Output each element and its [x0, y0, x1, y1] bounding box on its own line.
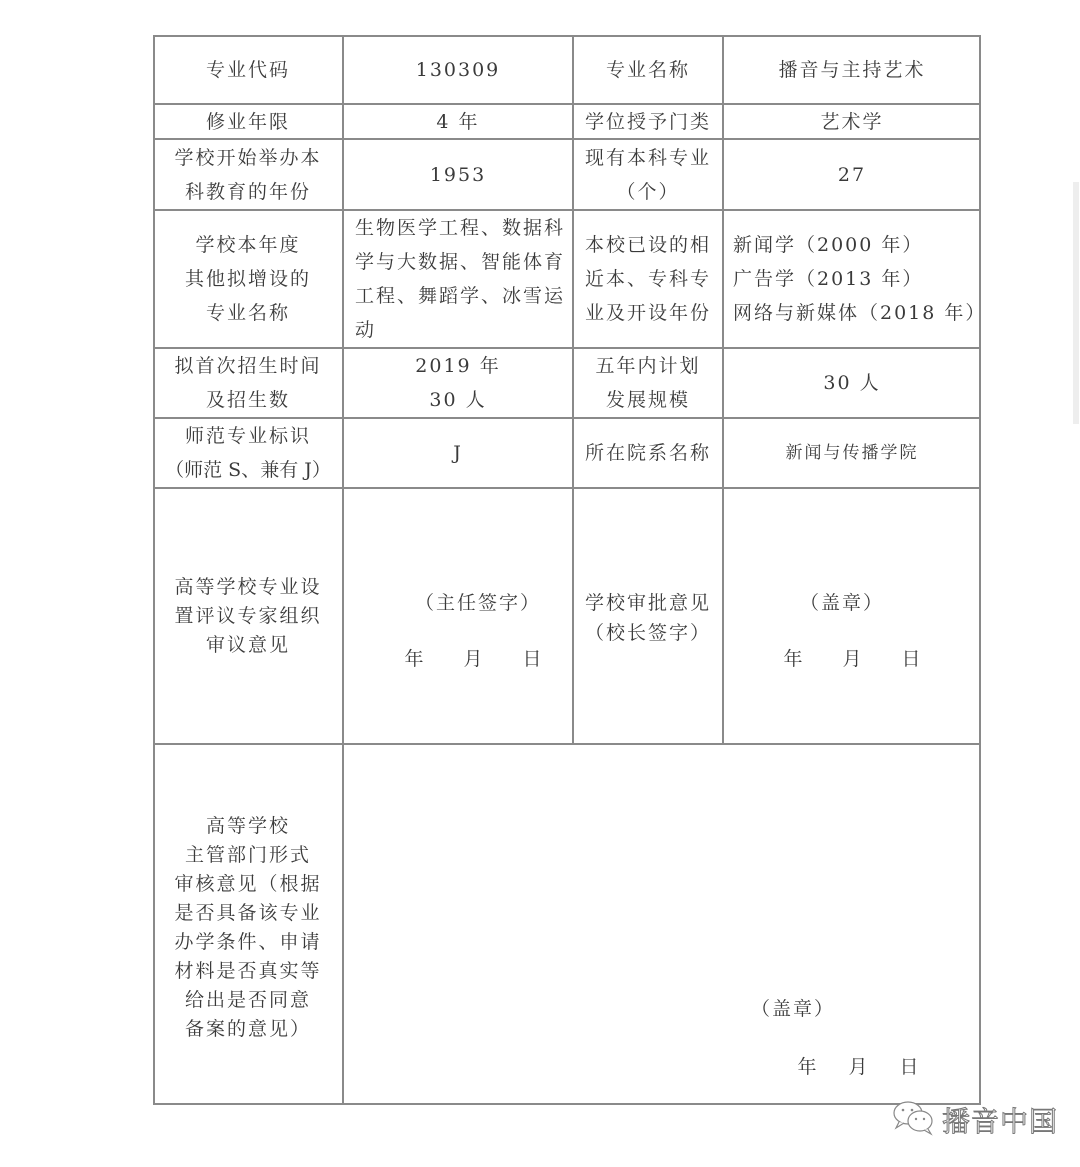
other-new-majors-value: 生物医学工程、数据科 学与大数据、智能体育 工程、舞蹈学、冰雪运 动 [343, 210, 573, 348]
date-line: 年 月 日 [343, 644, 573, 674]
first-enrollment-value: 2019 年 30 人 [343, 348, 573, 418]
undergrad-start-year-label: 学校开始举办本 科教育的年份 [153, 139, 343, 210]
day-label: 日 [523, 642, 542, 676]
label-line: 材料是否真实等 [174, 957, 321, 986]
label-line: 高等学校专业设 [174, 573, 321, 602]
director-signature-label: （主任签字） [343, 588, 573, 618]
department-value: 新闻与传播学院 [723, 418, 981, 488]
teacher-training-flag-label: 师范专业标识 （师范 S、兼有 J） [153, 418, 343, 488]
month-label: 月 [842, 642, 861, 676]
label-line: 业及开设年份 [585, 296, 711, 330]
watermark: 播音中国 [892, 1100, 1058, 1140]
label-line: 置评议专家组织 [174, 602, 321, 631]
label-line: 审核意见（根据 [174, 870, 321, 899]
department-label: 所在院系名称 [573, 418, 723, 488]
teacher-training-flag-value: J [343, 418, 573, 488]
label-line: 科教育的年份 [185, 175, 311, 209]
label-line: 现有本科专业 [585, 141, 711, 175]
label-line: 学校本年度 [195, 228, 300, 262]
month-label: 月 [848, 1050, 867, 1084]
wechat-icon [892, 1100, 936, 1140]
label-line: 学校审批意见 [585, 588, 711, 618]
year-label: 年 [783, 642, 802, 676]
date-line: 年 月 日 [783, 1052, 933, 1082]
label-line: 及招生数 [206, 383, 290, 417]
value-line: 30 人 [429, 383, 486, 417]
existing-majors-value: 27 [723, 139, 981, 210]
label-line: 近本、专科专 [585, 262, 711, 296]
value-line: 工程、舞蹈学、冰雪运 [355, 279, 565, 313]
value-line: 生物医学工程、数据科 [355, 211, 565, 245]
label-line: （校长签字） [585, 618, 711, 648]
value-line: 学与大数据、智能体育 [355, 245, 565, 279]
label-line: 学校开始举办本 [174, 141, 321, 175]
label-line: 师范专业标识 [185, 419, 311, 453]
first-enrollment-label: 拟首次招生时间 及招生数 [153, 348, 343, 418]
watermark-text: 播音中国 [942, 1100, 1058, 1140]
label-line: 高等学校 [206, 812, 290, 841]
month-label: 月 [463, 642, 482, 676]
undergrad-start-year-value: 1953 [343, 139, 573, 210]
label-line: 是否具备该专业 [174, 899, 321, 928]
seal-label: （盖章） [723, 588, 981, 618]
major-name-value: 播音与主持艺术 [723, 35, 981, 104]
other-new-majors-label: 学校本年度 其他拟增设的 专业名称 [153, 210, 343, 348]
day-label: 日 [902, 642, 921, 676]
label-line: 五年内计划 [595, 349, 700, 383]
value-line: 广告学（2013 年） [733, 262, 923, 296]
label-line: 专业名称 [206, 296, 290, 330]
date-line: 年 月 日 [723, 644, 981, 674]
duration-label: 修业年限 [153, 104, 343, 139]
scrollbar[interactable] [1073, 182, 1079, 424]
expert-review-signature-area[interactable]: （主任签字） 年 月 日 [343, 488, 573, 744]
label-line: 其他拟增设的 [185, 262, 311, 296]
authority-review-area[interactable]: （盖章） 年 月 日 [343, 744, 981, 1105]
label-line: （师范 S、兼有 J） [165, 453, 331, 487]
application-form-table: 专业代码 130309 专业名称 播音与主持艺术 修业年限 4 年 学位授予门类… [153, 35, 981, 1105]
value-line: 网络与新媒体（2018 年） [733, 296, 981, 330]
major-code-value: 130309 [343, 35, 573, 104]
related-majors-label: 本校已设的相 近本、专科专 业及开设年份 [573, 210, 723, 348]
degree-category-value: 艺术学 [723, 104, 981, 139]
label-line: （个） [616, 175, 679, 209]
value-line: 动 [355, 313, 376, 347]
label-line: 审议意见 [206, 631, 290, 660]
degree-category-label: 学位授予门类 [573, 104, 723, 139]
five-year-plan-label: 五年内计划 发展规模 [573, 348, 723, 418]
value-line: 新闻学（2000 年） [733, 228, 923, 262]
value-line: 2019 年 [415, 349, 500, 383]
major-code-label: 专业代码 [153, 35, 343, 104]
school-approval-seal-area[interactable]: （盖章） 年 月 日 [723, 488, 981, 744]
existing-majors-label: 现有本科专业 （个） [573, 139, 723, 210]
seal-label: （盖章） [743, 994, 843, 1024]
label-line: 发展规模 [606, 383, 690, 417]
year-label: 年 [797, 1050, 816, 1084]
label-line: 备案的意见） [185, 1015, 311, 1044]
expert-review-label: 高等学校专业设 置评议专家组织 审议意见 [153, 488, 343, 744]
school-approval-label: 学校审批意见 （校长签字） [573, 488, 723, 744]
label-line: 本校已设的相 [585, 228, 711, 262]
five-year-plan-value: 30 人 [723, 348, 981, 418]
label-line: 主管部门形式 [185, 841, 311, 870]
label-line: 给出是否同意 [185, 986, 311, 1015]
authority-review-label: 高等学校主管部门形式审核意见（根据是否具备该专业办学条件、申请材料是否真实等给出… [153, 744, 343, 1105]
day-label: 日 [900, 1050, 919, 1084]
label-line: 办学条件、申请 [174, 928, 321, 957]
year-label: 年 [404, 642, 423, 676]
label-line: 拟首次招生时间 [174, 349, 321, 383]
duration-value: 4 年 [343, 104, 573, 139]
related-majors-value: 新闻学（2000 年） 广告学（2013 年） 网络与新媒体（2018 年） [723, 210, 981, 348]
major-name-label: 专业名称 [573, 35, 723, 104]
